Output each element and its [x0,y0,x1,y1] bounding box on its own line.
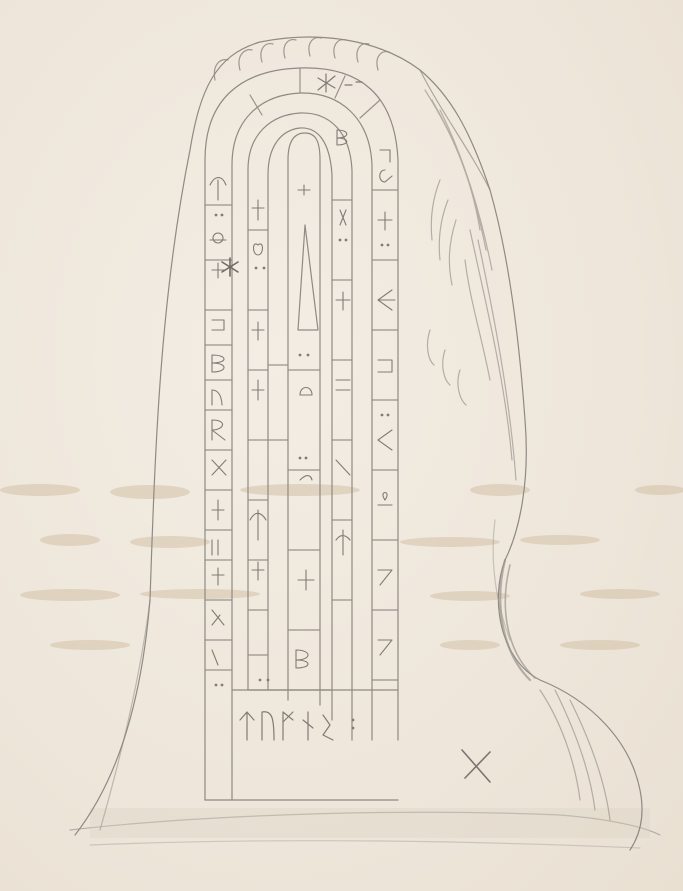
cross-mark [462,750,490,782]
manuscript-page: pencil sketch of a runestone ᛏᚢᚠᚴᛋ [0,0,683,891]
scalloped-top [214,38,389,80]
rune-dividers [205,68,398,680]
serpent-tail [298,225,318,330]
stone-outline [75,37,526,835]
stone-shading [425,90,610,820]
bottom-band-runes [240,712,333,740]
word-dividers [215,214,390,730]
runestone-sketch [0,0,683,891]
rune-glyphs [210,130,395,668]
star-mark [222,258,238,276]
